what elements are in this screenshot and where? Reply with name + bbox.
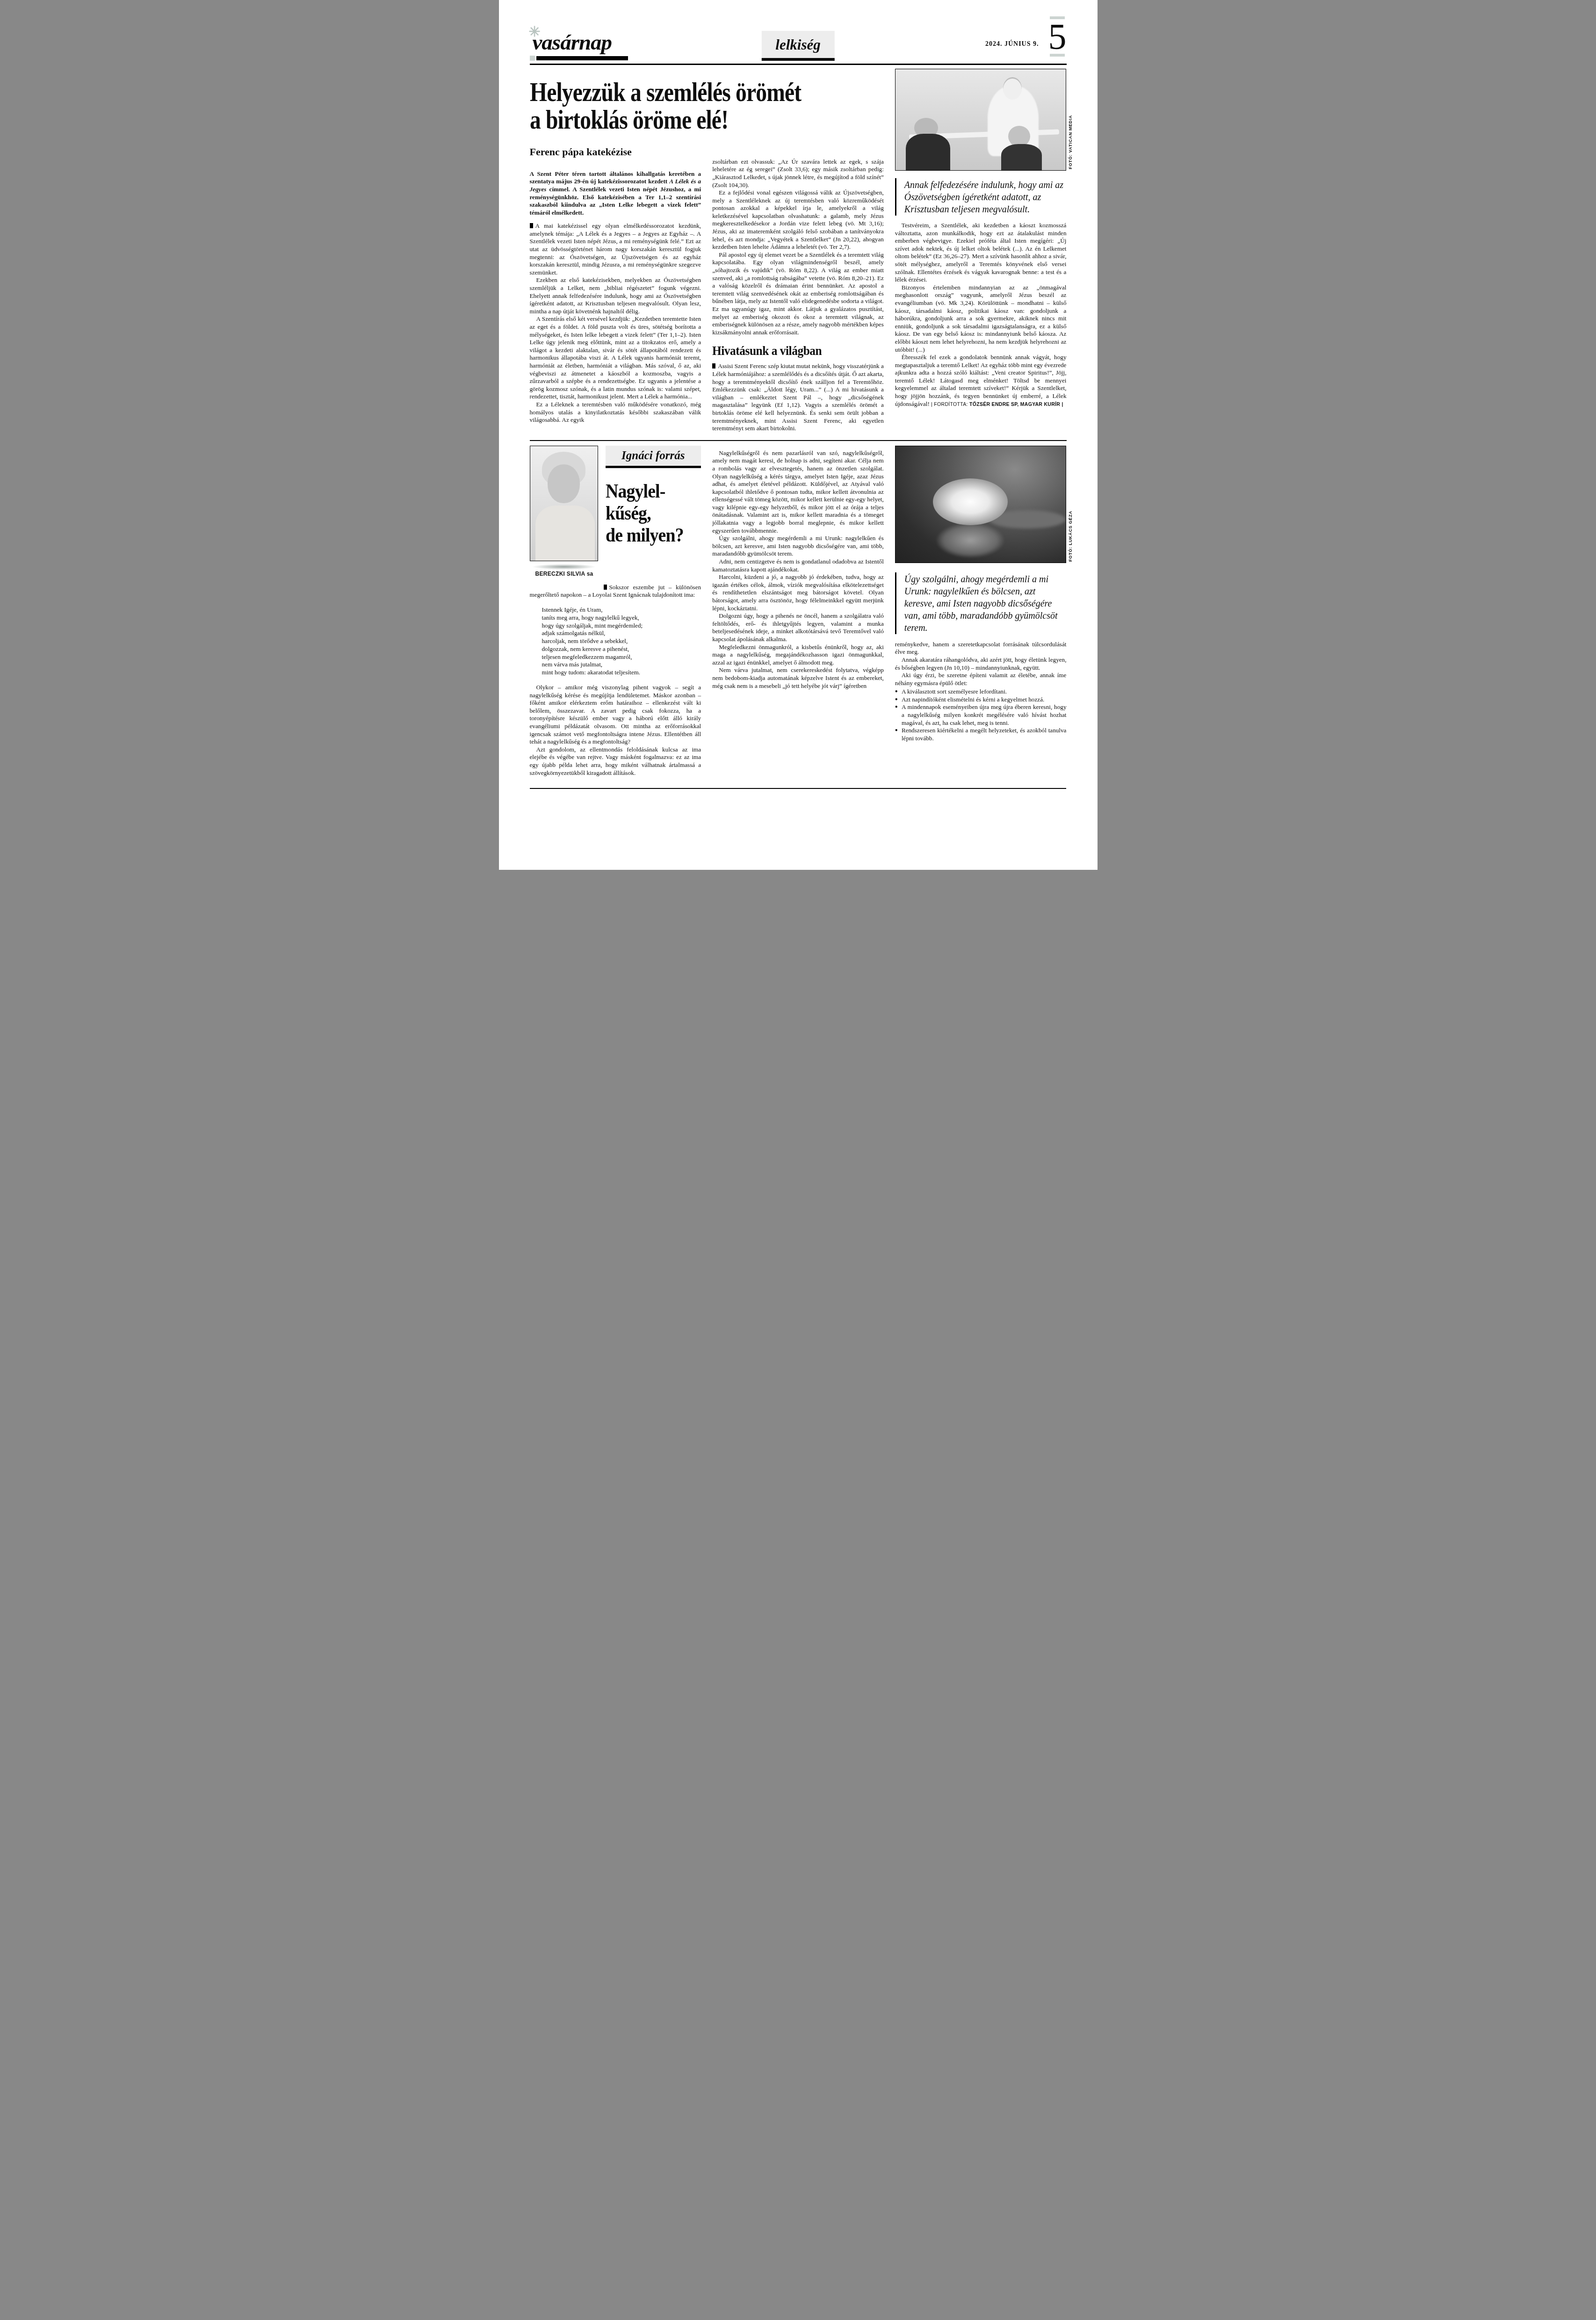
logo-star-icon: ✳ [529, 25, 540, 39]
paragraph: Úgy szolgálni, ahogy megérdemli a mi Uru… [712, 535, 884, 558]
article2-column-3: FOTÓ: LUKÁCS GÉZA Úgy szolgálni, ahogy m… [895, 446, 1067, 777]
prayer-line: nem várva más jutalmat, [542, 661, 701, 669]
pope-photo-image [895, 69, 1066, 170]
prayer-line: adjak számolgatás nélkül, [542, 629, 701, 637]
translator-label: | FORDÍTOTTA: [931, 402, 968, 407]
photo-credit: FOTÓ: LUKÁCS GÉZA [1068, 511, 1073, 562]
paragraph-text: Assisi Szent Ferenc szép kiutat mutat ne… [712, 362, 884, 432]
article2-end-rule [530, 788, 1067, 789]
lily-reflection [936, 523, 1004, 558]
photo-credit: FOTÓ: VATICAN MEDIA [1068, 115, 1073, 169]
paragraph: Nem várva jutalmat, nem cserekereskedést… [712, 666, 884, 690]
author-name: BERECZKI SILVIA sa [530, 571, 598, 577]
bullet-icon: ● [895, 727, 898, 742]
list-item-text: Rendszeresen kiértékelni a megélt helyze… [902, 727, 1067, 742]
article2-column-1: BERECZKI SILVIA sa Ignáci forrás Nagylel… [530, 446, 701, 777]
article-pope-catechesis: Helyezzük a szemlélés örömét a birtoklás… [530, 69, 1067, 433]
logo-block: ✳ vasárnap [530, 32, 628, 61]
pope-head [1003, 77, 1022, 100]
ignatian-prayer: Istennek Igéje, én Uram, taníts meg arra… [542, 606, 701, 677]
paragraph: Ébresszék fel ezek a gondolatok bennünk … [895, 354, 1067, 408]
paragraph: Ez a Léleknek a teremtésben való működés… [530, 401, 701, 424]
paragraph: Olykor – amikor még viszonylag pihent va… [530, 684, 701, 746]
paragraph: A mai katekézissel egy olyan elmélkedéss… [530, 222, 701, 276]
dateline: 2024. JÚNIUS 9. [985, 41, 1039, 48]
article2-pullquote: Úgy szolgálni, ahogy megérdemli a mi Uru… [895, 572, 1067, 634]
paragraph: Pál apostol egy új elemet vezet be a Sze… [712, 251, 884, 337]
masthead-right: 2024. JÚNIUS 9. 5 [985, 12, 1067, 61]
article1-column-3: FOTÓ: VATICAN MEDIA Annak felfedezésére … [895, 69, 1067, 433]
paragraph: Megfeledkezni önmagunkról, a kisbetűs én… [712, 643, 884, 667]
article1-column-1: A Szent Péter téren tartott általános ki… [530, 158, 701, 433]
paragraph-lead-icon [530, 223, 533, 228]
author-photo [530, 446, 598, 561]
prayer-line: dolgozzak, nem keresve a pihenést, [542, 645, 701, 653]
waterlily-photo: FOTÓ: LUKÁCS GÉZA [895, 446, 1067, 563]
headline-line-2: a birtoklás öröme elé! [530, 107, 728, 134]
paragraph: Ezekben az első katekézisekben, melyekbe… [530, 276, 701, 315]
translator-name: TŐZSÉR ENDRE SP, MAGYAR KURÍR | [969, 402, 1063, 407]
list-item: ●A mindennapok eseményeiben újra meg újr… [895, 703, 1067, 727]
paragraph: reménykedve, hanem a szeretetkapcsolat f… [895, 641, 1067, 656]
pullquote-text: Annak felfedezésére indulunk, hogy ami a… [904, 178, 1067, 216]
prayer-line: harcoljak, nem törődve a sebekkel, [542, 637, 701, 645]
page-number-bar-bottom [1050, 54, 1065, 57]
article-divider-rule [530, 440, 1067, 441]
title-line-2: kűség, [606, 502, 651, 524]
paragraph: Testvéreim, a Szentlélek, aki kezdetben … [895, 222, 1067, 284]
prayer-line: mint hogy tudom: akaratodat teljesítem. [542, 669, 701, 677]
list-item-text: Azt napindítóként elismételni és kérni a… [902, 696, 1044, 704]
paragraph-text: A mai katekézissel egy olyan elmélkedéss… [530, 222, 701, 276]
newspaper-page: ✳ vasárnap lelkiség 2024. JÚNIUS 9. 5 He… [499, 0, 1098, 870]
masthead: ✳ vasárnap lelkiség 2024. JÚNIUS 9. 5 [530, 0, 1067, 61]
prayer-line: Istennek Igéje, én Uram, [542, 606, 701, 614]
section-heading: Hivatásunk a világban [712, 344, 822, 358]
paragraph: A Szentírás első két versével kezdjük: „… [530, 315, 701, 401]
paragraph-lead-icon [604, 585, 607, 590]
paragraph: Annak akaratára ráhangolódva, aki azért … [895, 656, 1067, 672]
pullquote-bar [895, 178, 896, 216]
paragraph: Ez a fejlődési vonal egészen világossá v… [712, 189, 884, 251]
author-block: BERECZKI SILVIA sa [530, 446, 598, 577]
paragraph: Aki úgy érzi, be szeretne építeni valami… [895, 672, 1067, 687]
article2-header-block: BERECZKI SILVIA sa Ignáci forrás Nagylel… [530, 446, 701, 577]
article2-column-2: Nagylelkűségről és nem pazarlásról van s… [712, 446, 884, 777]
logo-text: vasárnap [533, 30, 612, 55]
list-item: ●A kiválasztott sort személyesre lefordí… [895, 688, 1067, 696]
article1-headline-block: Helyezzük a szemlélés örömét a birtoklás… [530, 69, 884, 158]
bullet-icon: ● [895, 688, 898, 696]
paragraph-lead-icon [712, 363, 715, 369]
logo-bar [536, 56, 628, 60]
list-item: ●Rendszeresen kiértékelni a megélt helyz… [895, 727, 1067, 742]
prayer-line: hogy úgy szolgáljak, mint megérdemled; [542, 622, 701, 630]
waterlily-photo-image [895, 446, 1066, 563]
paragraph-text: Ébresszék fel ezek a gondolatok bennünk … [895, 354, 1067, 407]
security-man [1001, 144, 1042, 170]
article-generosity: BERECZKI SILVIA sa Ignáci forrás Nagylel… [530, 446, 1067, 789]
lead-post: címmel. A Szentlélek vezeti Isten népét … [530, 186, 701, 216]
prayer-line: taníts meg arra, hogy nagylelkű legyek, [542, 614, 701, 622]
author-face [548, 464, 580, 503]
article2-kicker: Ignáci forrás [621, 449, 685, 462]
logo-accent-square [530, 56, 535, 61]
article1-kicker: Ferenc pápa katekézise [530, 146, 870, 158]
article2-title: Nagylel- kűség, de milyen? [606, 480, 701, 547]
paragraph: Assisi Szent Ferenc szép kiutat mutat ne… [712, 362, 884, 432]
logo-underline [530, 56, 628, 61]
article2-intro: Sokszor eszembe jut – különösen megerőlt… [530, 584, 701, 599]
paragraph: Adni, nem centizgetve és nem is gondatla… [712, 558, 884, 573]
paragraph: Nagylelkűségről és nem pazarlásról van s… [712, 449, 884, 535]
title-line-1: Nagylel- [606, 480, 665, 502]
paragraph: zsoltárban ezt olvassuk: „Az Úr szavára … [712, 158, 884, 189]
article1-lead: A Szent Péter téren tartott általános ki… [530, 170, 701, 217]
prayer-line: teljesen megfeledkezzem magamról, [542, 653, 701, 661]
page-number-block: 5 [1048, 16, 1067, 57]
article2-kicker-box: Ignáci forrás [606, 446, 701, 468]
list-item-text: A mindennapok eseményeiben újra meg újra… [902, 703, 1067, 727]
pullquote-text: Úgy szolgálni, ahogy megérdemli a mi Uru… [904, 572, 1067, 634]
article1-headline: Helyezzük a szemlélés örömét a birtoklás… [530, 79, 870, 135]
pullquote-bar [895, 572, 896, 634]
section-kicker-box: lelkiség [761, 31, 834, 61]
article2-title-block: Ignáci forrás Nagylel- kűség, de milyen? [606, 446, 701, 577]
title-line-3: de milyen? [606, 524, 684, 546]
article1-pullquote: Annak felfedezésére indulunk, hogy ami a… [895, 178, 1067, 216]
security-man [906, 134, 950, 170]
headline-line-1: Helyezzük a szemlélés örömét [530, 79, 801, 107]
bullet-icon: ● [895, 703, 898, 727]
article1-column-2: zsoltárban ezt olvassuk: „Az Úr szavára … [712, 158, 884, 433]
author-shoulders [535, 506, 595, 561]
author-photo-image [530, 446, 598, 561]
bullet-icon: ● [895, 696, 898, 704]
list-item: ●Azt napindítóként elismételni és kérni … [895, 696, 1067, 704]
section-name: lelkiség [775, 36, 820, 53]
paragraph: Dolgozni úgy, hogy a pihenés ne öncél, h… [712, 612, 884, 643]
idea-list: ●A kiválasztott sort személyesre lefordí… [895, 688, 1067, 742]
paragraph: Azt gondolom, az ellentmondás feloldásán… [530, 746, 701, 777]
photo-shadow [532, 564, 596, 570]
newspaper-logo: ✳ vasárnap [530, 32, 628, 54]
paragraph: Bizonyos értelemben mindannyian az az „ö… [895, 284, 1067, 354]
paragraph: Harcolni, küzdeni a jó, a nagyobb jó érd… [712, 573, 884, 612]
masthead-rule [530, 64, 1067, 65]
page-number: 5 [1048, 22, 1067, 51]
list-item-text: A kiválasztott sort személyesre lefordít… [902, 688, 1007, 696]
pope-photo: FOTÓ: VATICAN MEDIA [895, 69, 1067, 171]
lily-flower [933, 478, 1008, 525]
paragraph-text: Sokszor eszembe jut – különösen megerőlt… [530, 584, 701, 599]
